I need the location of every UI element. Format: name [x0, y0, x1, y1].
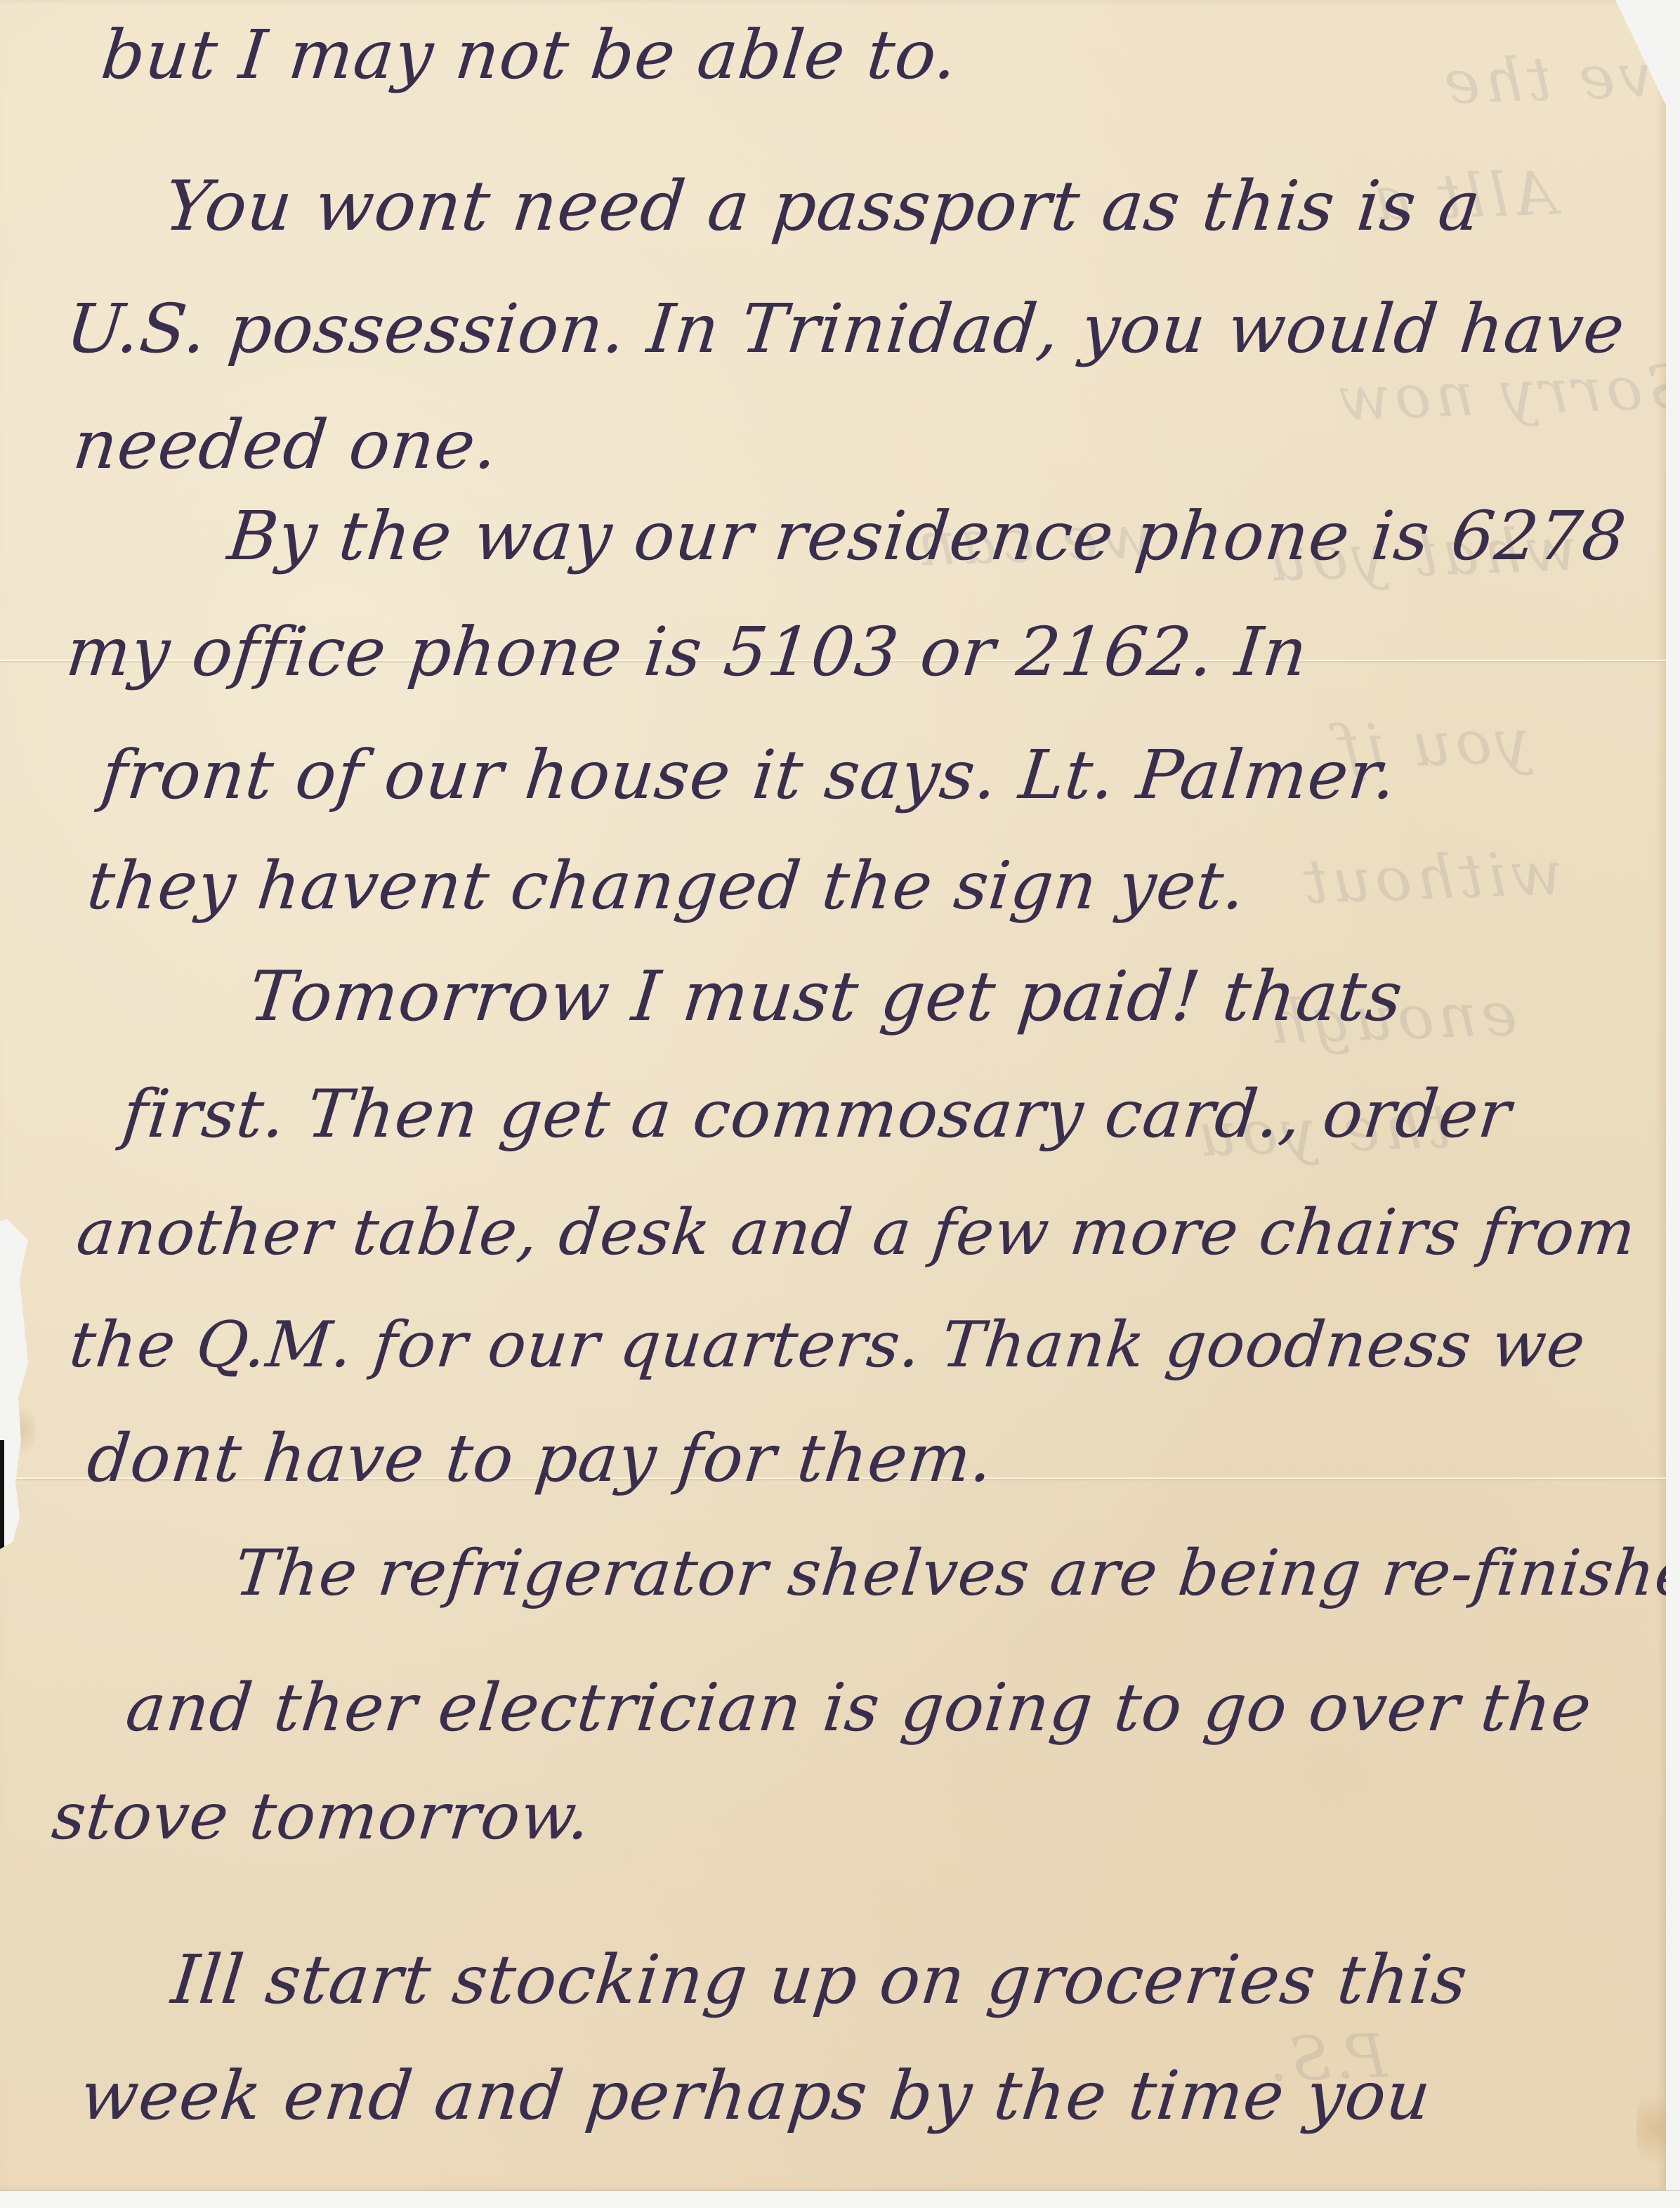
- letter-line: week end and perhaps by the time you: [77, 2062, 1434, 2129]
- letter-line: and ther electrician is going to go over…: [123, 1675, 1595, 1742]
- bleed-through-text: without: [1298, 838, 1563, 917]
- letter-line: they havent changed the sign yet.: [84, 854, 1249, 920]
- letter-line: You wont need a passport as this is a: [162, 172, 1484, 241]
- letter-line: first. Then get a commosary card., order: [119, 1082, 1514, 1148]
- letter-line: needed one.: [70, 411, 501, 478]
- letter-line: The refrigerator shelves are being re-fi…: [232, 1542, 1680, 1605]
- letter-line: stove tomorrow.: [49, 1784, 593, 1849]
- letter-line: U.S. possession. In Trinidad, you would …: [63, 295, 1628, 362]
- bleed-through-text: arrive the: [1438, 37, 1680, 119]
- scanner-bed-margin: [0, 2190, 1680, 2208]
- age-stain: [0, 1398, 35, 1461]
- letter-line: but I may not be able to.: [98, 21, 961, 89]
- letter-line: another table, desk and a few more chair…: [74, 1201, 1639, 1265]
- letter-line: Ill start stocking up on groceries this: [169, 1946, 1471, 2013]
- letter-page: arrive the Allt a Sorry now what you we …: [0, 0, 1666, 2190]
- age-stain: [1636, 2079, 1672, 2178]
- letter-line: Tomorrow I must get paid! thats: [246, 962, 1406, 1031]
- letter-line: dont have to pay for them.: [84, 1426, 997, 1492]
- letter-line: By the way our residence phone is 6278: [225, 502, 1629, 570]
- letter-line: front of our house it says. Lt. Palmer.: [98, 741, 1400, 809]
- letter-line: my office phone is 5103 or 2162. In: [63, 618, 1311, 686]
- letter-line: the Q.M. for our quarters. Thank goodnes…: [67, 1314, 1589, 1377]
